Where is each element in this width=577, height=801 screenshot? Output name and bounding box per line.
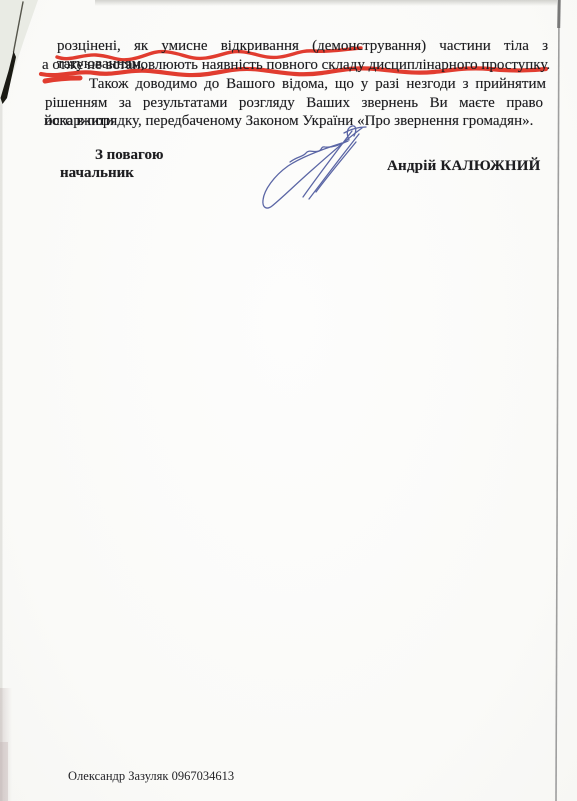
signature-diagonal-2 [309, 134, 359, 199]
red-underline-dash [45, 78, 80, 81]
page-edge-line [556, 0, 559, 801]
corner-paper-fold [0, 0, 38, 105]
top-scan-shadow [95, 0, 557, 6]
body-line-2: а отже не встановлюють наявність повного… [42, 56, 550, 74]
signature-curls [290, 141, 348, 162]
signer-name: Андрій КАЛЮЖНИЙ [387, 157, 541, 175]
signoff-title: начальник [60, 164, 134, 182]
page-edge-line-cap [559, 0, 560, 28]
corner-pen-line-icon [14, 2, 24, 52]
body-line-3: Також доводимо до Вашого відома, що у ра… [89, 75, 546, 93]
signoff-respect: З повагою [95, 146, 163, 164]
signature-diagonal-3 [316, 142, 356, 192]
signature-sweep-loop [263, 128, 362, 208]
bottom-left-smudge-dense [0, 742, 8, 801]
left-scan-edge [0, 0, 3, 801]
body-line-5: його в порядку, передбаченому Законом Ук… [44, 112, 533, 130]
signature-ink [263, 126, 366, 208]
corner-dark-wedge [1, 51, 17, 104]
footer-contact: Олександр Зазуляк 0967034613 [68, 769, 234, 784]
signature-diagonal-1 [303, 131, 352, 197]
bottom-left-smudge [0, 688, 12, 801]
scanned-letter-page: розцінені, як умисне відкривання (демонс… [0, 0, 577, 801]
